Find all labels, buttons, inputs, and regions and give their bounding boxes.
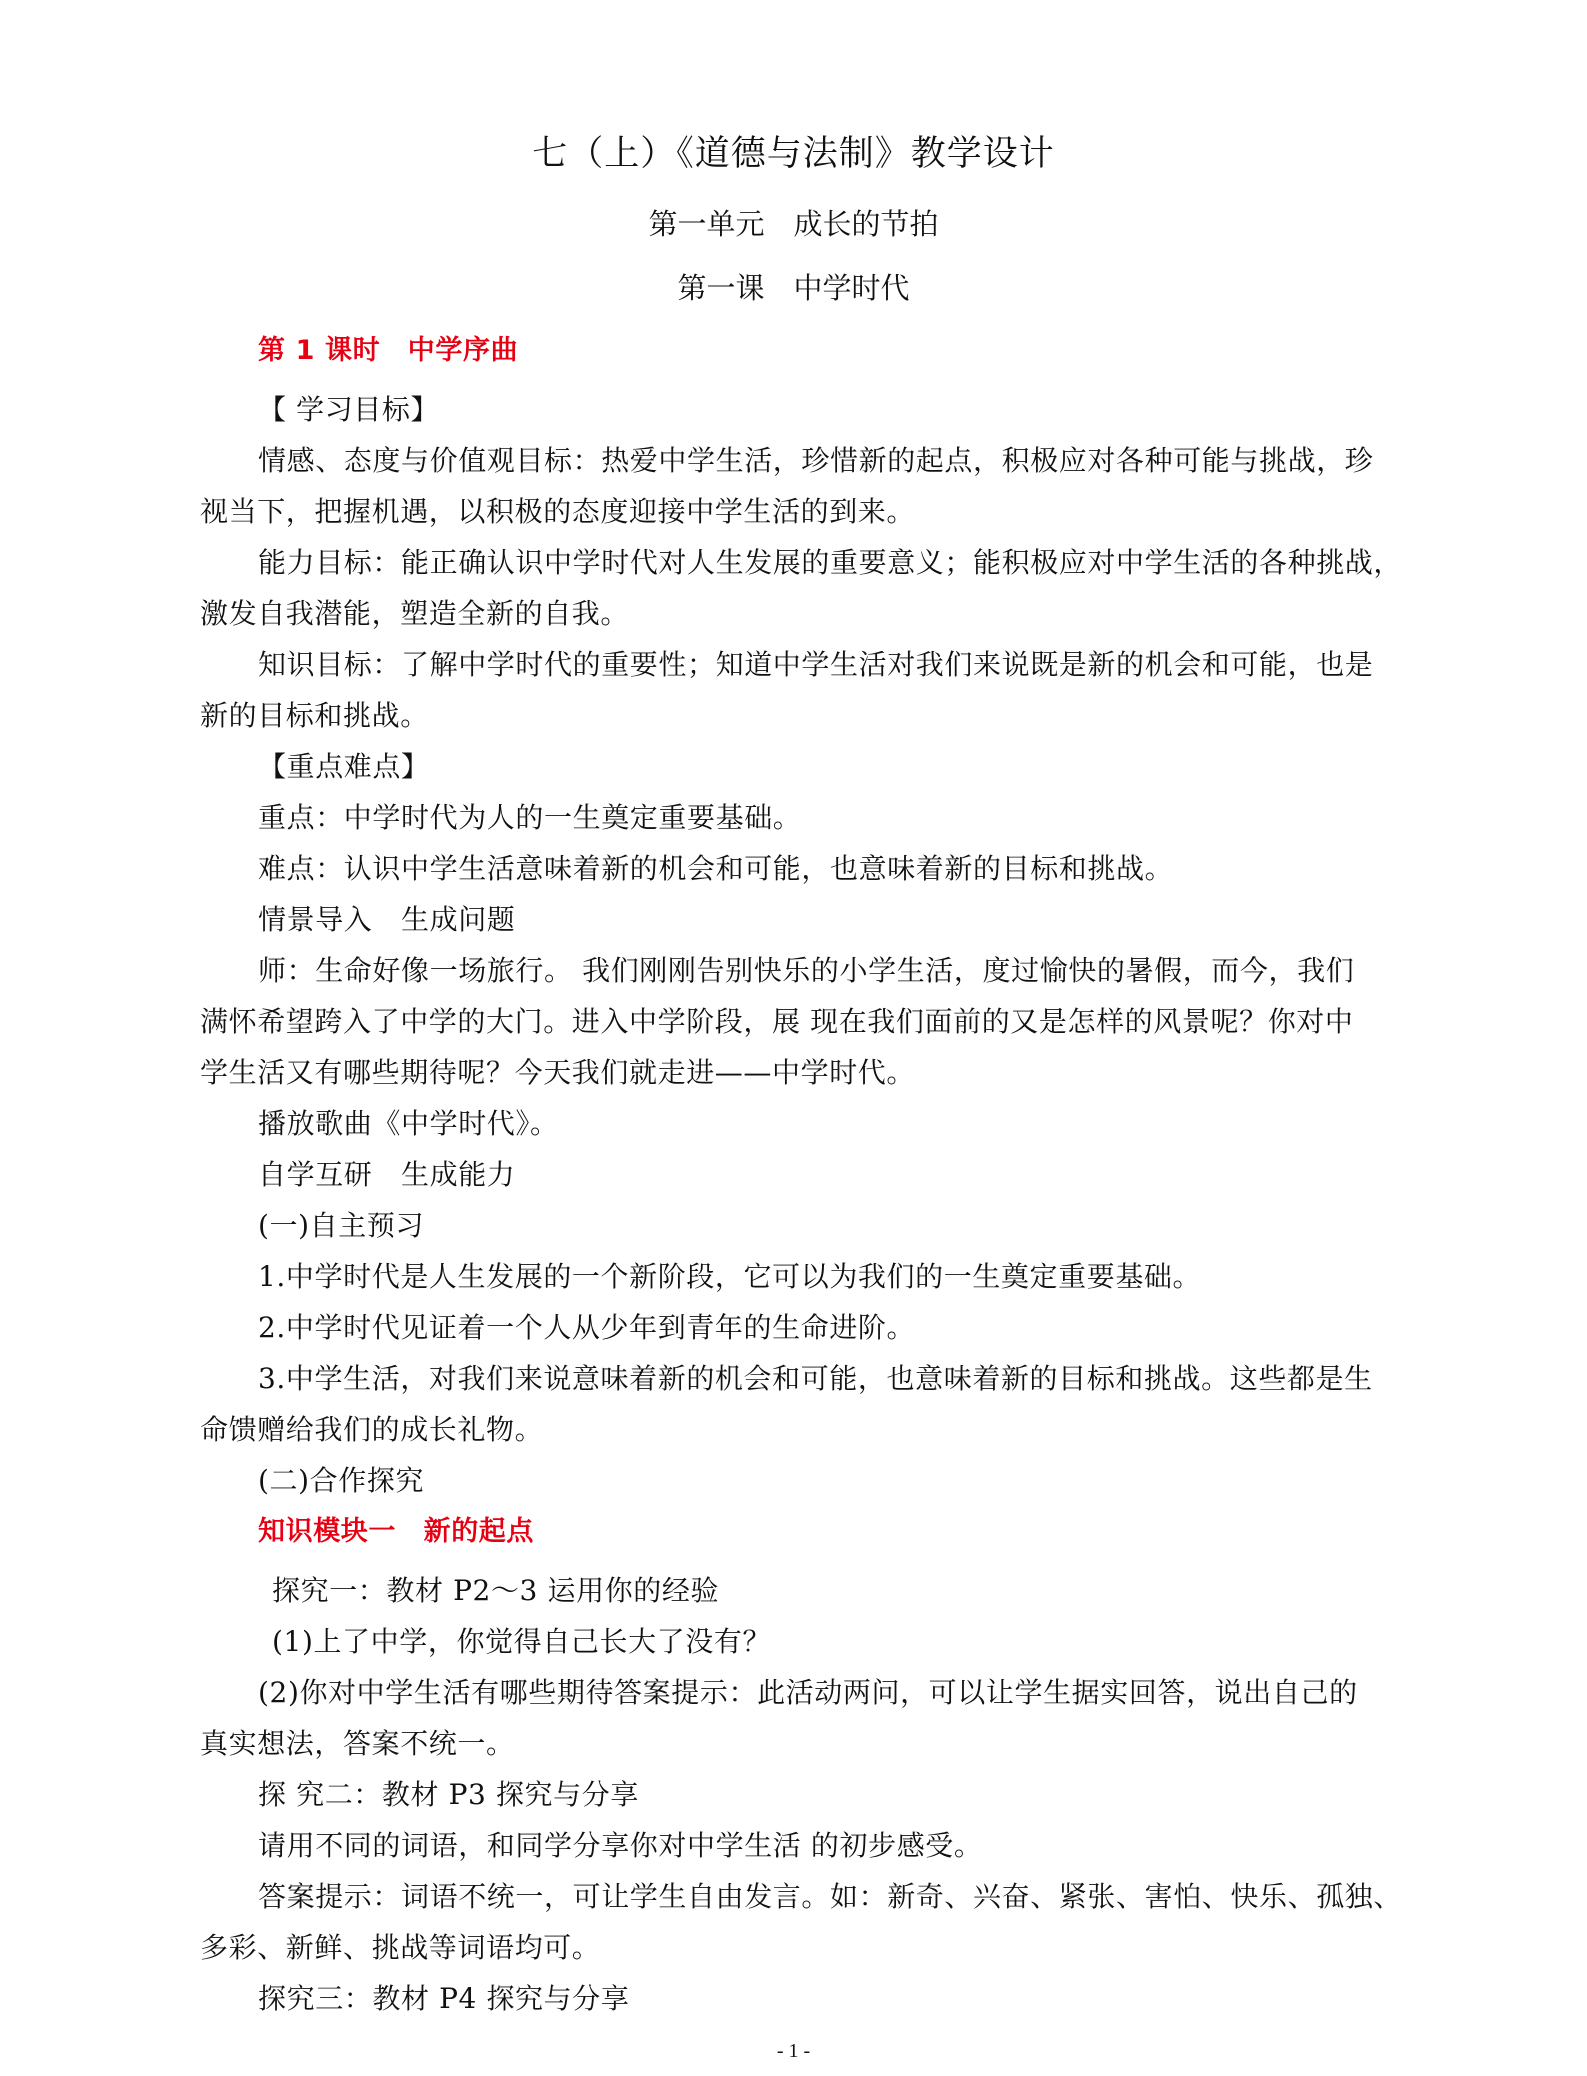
paragraph-line: 知识目标：了解中学时代的重要性；知道中学生活对我们来说既是新的机会和可能，也是 [258, 647, 1392, 683]
paragraph-line: 新的目标和挑战。 [200, 698, 1392, 734]
list-item: 1.中学时代是人生发展的一个新阶段，它可以为我们的一生奠定重要基础。 [258, 1259, 1392, 1295]
section-label: 自学互研 生成能力 [258, 1157, 1392, 1193]
paragraph-line: 视当下，把握机遇，以积极的态度迎接中学生活的到来。 [200, 494, 1392, 530]
subsection-label: (一)自主预习 [258, 1208, 1392, 1244]
paragraph-line: 答案提示：词语不统一，可让学生自由发言。如：新奇、兴奋、紧张、害怕、快乐、孤独、 [258, 1879, 1392, 1915]
paragraph-line: 师：生命好像一场旅行。 我们刚刚告别快乐的小学生活，度过愉快的暑假，而今，我们 [258, 953, 1392, 989]
paragraph-line: 命馈赠给我们的成长礼物。 [200, 1412, 1392, 1448]
paragraph-line: 多彩、新鲜、挑战等词语均可。 [200, 1930, 1392, 1966]
paragraph-line: 激发自我潜能，塑造全新的自我。 [200, 596, 1392, 632]
unit-heading: 第一单元 成长的节拍 [0, 202, 1587, 243]
paragraph-line: 探究三：教材 P4 探究与分享 [258, 1981, 1392, 2017]
module-heading: 知识模块一 新的起点 [258, 1514, 1392, 1550]
paragraph-line: 探 究二：教材 P3 探究与分享 [258, 1777, 1392, 1813]
paragraph-line: 情感、态度与价值观目标：热爱中学生活，珍惜新的起点，积极应对各种可能与挑战，珍 [258, 443, 1392, 479]
subsection-label: (二)合作探究 [258, 1463, 1392, 1499]
paragraph-line: 能力目标：能正确认识中学时代对人生发展的重要意义；能积极应对中学生活的各种挑战， [258, 545, 1392, 581]
key-points-label: 【重点难点】 [258, 749, 1392, 785]
paragraph-line: 请用不同的词语，和同学分享你对中学生活 的初步感受。 [258, 1828, 1392, 1864]
paragraph-line: 难点：认识中学生活意味着新的机会和可能，也意味着新的目标和挑战。 [258, 851, 1392, 887]
paragraph-line: (2)你对中学生活有哪些期待答案提示：此活动两问，可以让学生据实回答，说出自己的 [258, 1675, 1392, 1711]
document-page: 七（上）《道德与法制》教学设计 第一单元 成长的节拍 第一课 中学时代 第 1 … [0, 0, 1587, 2076]
learning-goals-label: 【 学习目标】 [258, 392, 1392, 428]
period-heading: 第 1 课时 中学序曲 [258, 333, 1392, 369]
list-item: 3.中学生活，对我们来说意味着新的机会和可能，也意味着新的目标和挑战。这些都是生 [258, 1361, 1392, 1397]
list-item: 2.中学时代见证着一个人从少年到青年的生命进阶。 [258, 1310, 1392, 1346]
paragraph-line: 满怀希望跨入了中学的大门。进入中学阶段，展 现在我们面前的又是怎样的风景呢？你对… [200, 1004, 1392, 1040]
document-title: 七（上）《道德与法制》教学设计 [0, 126, 1587, 176]
page-number: - 1 - [0, 2040, 1587, 2063]
section-label: 情景导入 生成问题 [258, 902, 1392, 938]
lesson-heading: 第一课 中学时代 [0, 266, 1587, 307]
paragraph-line: 学生活又有哪些期待呢？今天我们就走进——中学时代。 [200, 1055, 1392, 1091]
paragraph-line: 重点：中学时代为人的一生奠定重要基础。 [258, 800, 1392, 836]
paragraph-line: 真实想法，答案不统一。 [200, 1726, 1392, 1762]
paragraph-line: 播放歌曲《中学时代》。 [258, 1106, 1392, 1142]
paragraph-line: (1)上了中学，你觉得自己长大了没有？ [272, 1624, 1406, 1660]
paragraph-line: 探究一：教材 P2～3 运用你的经验 [272, 1573, 1406, 1609]
